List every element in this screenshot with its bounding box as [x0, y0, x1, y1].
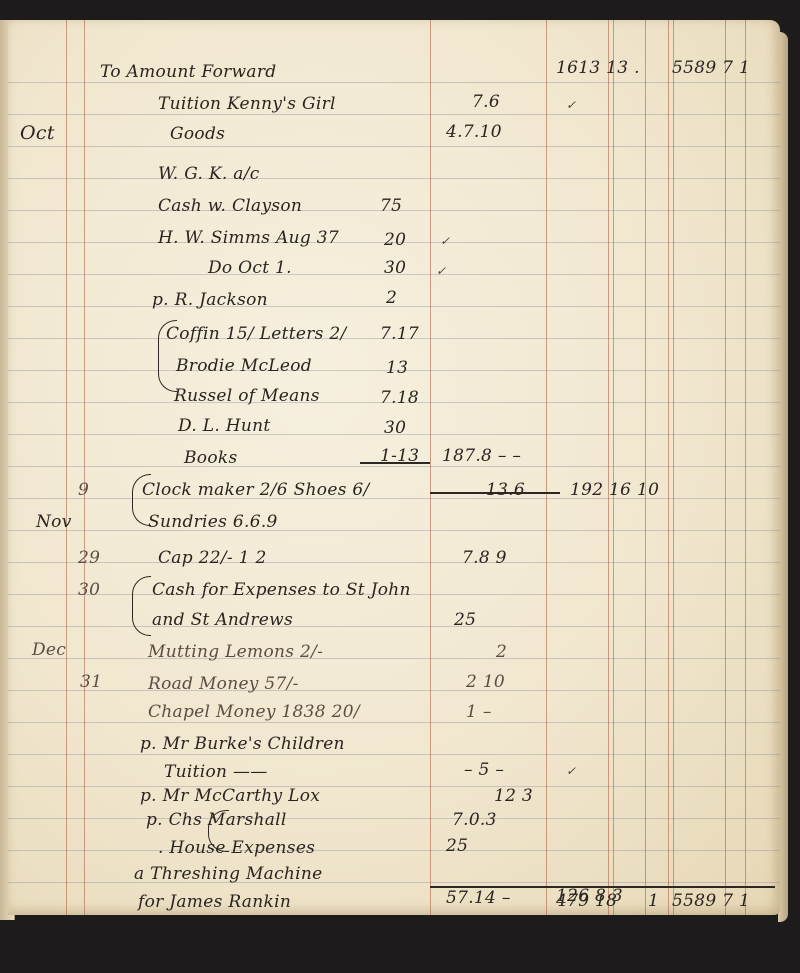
entry-running-total: 192 16 10 — [570, 482, 659, 499]
entry-amount: 25 — [454, 612, 476, 629]
column-rule-total-s — [725, 20, 726, 915]
column-rule-description — [430, 20, 431, 915]
ruled-line — [8, 658, 780, 659]
column-rule-total — [668, 20, 674, 915]
ruled-line — [8, 178, 780, 179]
ruled-line — [8, 690, 780, 691]
ruled-line — [8, 114, 780, 115]
entry-description: Cash for Expenses to St John — [152, 582, 411, 599]
entry-description: p. Chs Marshall — [146, 812, 287, 829]
entry-description: p. Mr Burke's Children — [140, 736, 345, 753]
ruled-line — [8, 498, 780, 499]
entry-day: 9 — [78, 482, 89, 499]
entry-description: p. R. Jackson — [152, 292, 268, 309]
column-rule-shillings — [645, 20, 646, 915]
ruled-line — [8, 146, 780, 147]
ruled-line — [8, 722, 780, 723]
entry-sub-amount: 20 — [384, 232, 406, 249]
entry-description: Tuition —— — [164, 764, 268, 781]
ruled-line — [8, 562, 780, 563]
entry-description: p. Mr McCarthy Lox — [140, 788, 320, 805]
entry-description: Goods — [170, 126, 225, 143]
entry-amount: 7.8 9 — [462, 550, 507, 567]
entry-description: To Amount Forward — [100, 64, 276, 81]
entry-amount: 7.6 — [472, 94, 500, 111]
entry-amount: 13.6 — [486, 482, 525, 499]
check-mark-icon: ✓ — [440, 234, 450, 248]
entry-description: and St Andrews — [152, 612, 293, 629]
entry-sub-amount: 30 — [384, 420, 406, 437]
entry-sub-amount: 1-13 — [380, 448, 419, 465]
entry-description: Sundries 6.6.9 — [148, 514, 278, 531]
entry-description: Cash w. Clayson — [158, 198, 302, 215]
ruled-line — [8, 882, 780, 883]
entry-description: Cap 22/- 1 2 — [158, 550, 267, 567]
entry-amount: 2 — [496, 644, 507, 661]
ruled-line — [8, 786, 780, 787]
entry-month: Dec — [32, 642, 66, 659]
ruled-line — [8, 818, 780, 819]
entry-description: Russel of Means — [174, 388, 320, 405]
entry-sub-amount: 13 — [386, 360, 408, 377]
entry-description: . House Expenses — [158, 840, 315, 857]
entry-day: 30 — [78, 582, 100, 599]
entry-amount: 1 – — [466, 704, 492, 721]
entry-amount: 25 — [446, 838, 468, 855]
entry-month: Nov — [36, 514, 72, 531]
entry-description: W. G. K. a/c — [158, 166, 260, 183]
entry-description: Chapel Money 1838 20/ — [148, 704, 360, 721]
ruled-line — [8, 754, 780, 755]
column-rule-month — [66, 20, 67, 915]
entry-sub-amount: 2 — [386, 290, 397, 307]
entry-description: a Threshing Machine — [134, 866, 323, 883]
entry-description: D. L. Hunt — [178, 418, 270, 435]
total-pounds-shillings: 479 18 — [556, 893, 617, 910]
entry-amount: 2 10 — [466, 674, 505, 691]
entry-sub-amount: 7.17 — [380, 326, 419, 343]
total-mid: 1 — [648, 893, 659, 910]
ledger-page: To Amount Forward 1613 13 . 5589 7 1 Tui… — [8, 20, 780, 915]
column-rule-amount — [546, 20, 547, 915]
entry-amount: – 5 – — [464, 762, 504, 779]
entry-month: Oct — [20, 124, 55, 143]
carried-forward-total: 5589 7 1 — [672, 60, 750, 77]
entry-amount: 4.7.10 — [446, 124, 502, 141]
bracket-mark — [132, 576, 151, 636]
carried-forward-amount: 1613 13 . — [556, 60, 640, 77]
ruled-line — [8, 850, 780, 851]
entry-description: Books — [184, 450, 238, 467]
entry-description: Road Money 57/- — [148, 676, 299, 693]
entry-amount: 7.0.3 — [452, 812, 497, 829]
ruled-line — [8, 82, 780, 83]
entry-amount: 57.14 – — [446, 890, 511, 907]
entry-amount: 12 3 — [494, 788, 533, 805]
column-rule-pounds — [608, 20, 614, 915]
entry-description: Mutting Lemons 2/- — [148, 644, 323, 661]
column-rule-total-d — [745, 20, 746, 915]
entry-description: Coffin 15/ Letters 2/ — [166, 326, 347, 343]
check-mark-icon: ✓ — [436, 264, 446, 278]
entry-description: for James Rankin — [138, 894, 291, 911]
entry-amount: 187.8 – – — [442, 448, 521, 465]
entry-description: Brodie McLeod — [176, 358, 312, 375]
entry-day: 31 — [80, 674, 102, 691]
ruled-line — [8, 466, 780, 467]
ruled-line — [8, 530, 780, 531]
entry-description: Tuition Kenny's Girl — [158, 96, 336, 113]
entry-sub-amount: 30 — [384, 260, 406, 277]
entry-sub-amount: 75 — [380, 198, 402, 215]
entry-description: Do Oct 1. — [208, 260, 292, 277]
entry-day: 29 — [78, 550, 100, 567]
entry-sub-amount: 7.18 — [380, 390, 419, 407]
entry-description: H. W. Simms Aug 37 — [158, 230, 339, 247]
entry-description: Clock maker 2/6 Shoes 6/ — [142, 482, 370, 499]
column-rule-day — [84, 20, 85, 915]
check-mark-icon: ✓ — [566, 764, 576, 778]
check-mark-icon: ✓ — [566, 98, 576, 112]
grand-total: 5589 7 1 — [672, 893, 750, 910]
ruled-line — [8, 626, 780, 627]
